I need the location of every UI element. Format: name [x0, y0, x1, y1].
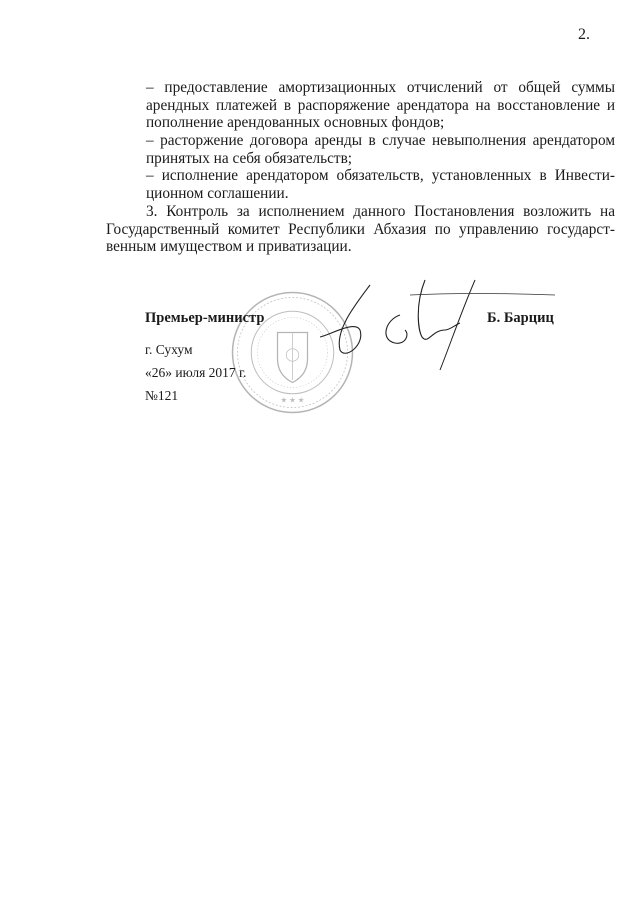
city: г. Сухум	[145, 342, 193, 358]
text-line: – исполнение арендатором обязательств, у…	[106, 167, 615, 185]
text-line: арендных платежей в распоряжение арендат…	[106, 97, 615, 115]
svg-text:★ ★ ★: ★ ★ ★	[281, 396, 305, 405]
document-body: – предоставление амортизационных отчисле…	[106, 79, 615, 256]
document-date: «26» июля 2017 г.	[145, 365, 246, 381]
text-line: пополнение арендованных основных фондов;	[106, 114, 615, 132]
text-line: – предоставление амортизационных отчисле…	[106, 79, 615, 97]
text-line: – расторжение договора аренды в случае н…	[106, 132, 615, 150]
document-number: №121	[145, 388, 178, 404]
text-line: принятых на себя обязательств;	[106, 150, 615, 168]
signatory-title: Премьер-министр	[145, 310, 264, 327]
text-line: венным имуществом и приватизации.	[106, 238, 615, 256]
text-line: ционном соглашении.	[106, 185, 615, 203]
text-line: Государственный комитет Республики Абхаз…	[106, 221, 615, 239]
signatory-name: Б. Барциц	[487, 310, 554, 327]
text-line: 3. Контроль за исполнением данного Поста…	[106, 203, 615, 221]
page-number: 2.	[578, 26, 590, 44]
